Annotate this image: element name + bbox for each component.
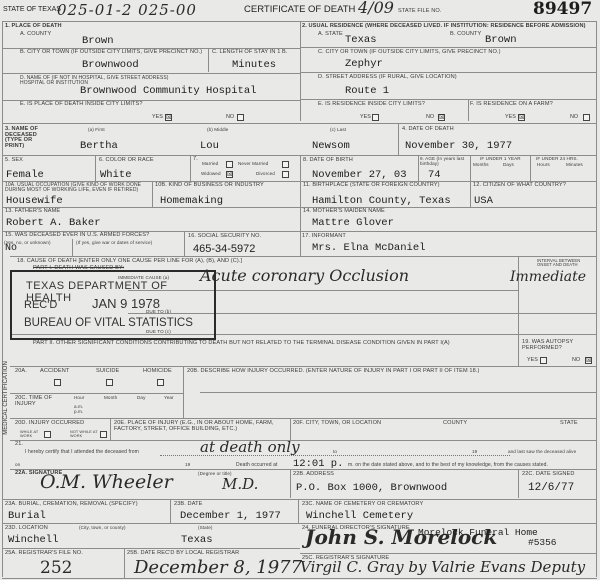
side-label-text: MEDICAL CERTIFICATION bbox=[3, 343, 9, 453]
describe-injury-label: 20b. DESCRIBE HOW INJURY OCCURRED. (Ente… bbox=[187, 369, 479, 375]
occupation: Housewife bbox=[6, 196, 63, 207]
burial-location: Winchell bbox=[8, 535, 58, 546]
accident-checkbox[interactable] bbox=[54, 379, 61, 386]
suicide-checkbox[interactable] bbox=[106, 379, 113, 386]
death-occurred-label: Death occurred at bbox=[236, 463, 277, 468]
cemetery: Winchell Cemetery bbox=[306, 511, 413, 522]
part2-label: PART II. OTHER SIGNIFICANT CONDITIONS CO… bbox=[33, 341, 450, 347]
registrar-file-no: 252 bbox=[40, 560, 72, 577]
immediate-cause: Acute coronary Occlusion bbox=[200, 268, 409, 284]
rule bbox=[2, 207, 596, 208]
registrar-date: December 8, 1977 bbox=[134, 559, 302, 577]
cemetery-label: 23c. NAME OF CEMETERY OR CREMATORY bbox=[302, 502, 423, 508]
state-file-no: 89497 bbox=[533, 1, 592, 18]
rule bbox=[470, 181, 471, 207]
rule bbox=[298, 499, 299, 523]
res-street-label: d. STREET ADDRESS (If rural, give locati… bbox=[318, 75, 457, 81]
residence-label: 2. USUAL RESIDENCE (Where deceased lived… bbox=[302, 24, 586, 30]
burial-date: December 1, 1977 bbox=[180, 511, 281, 522]
rule bbox=[72, 239, 73, 256]
res-city: Zephyr bbox=[345, 59, 383, 70]
certificate-title: CERTIFICATE OF DEATH bbox=[244, 4, 355, 15]
rule bbox=[530, 155, 531, 181]
registrar-file-label: 25a. REGISTRAR'S FILE NO. bbox=[5, 551, 83, 557]
rule bbox=[124, 548, 125, 578]
last-name: Newsom bbox=[312, 141, 350, 152]
nineteen-label-2: 19 bbox=[185, 463, 190, 468]
married-label: Married bbox=[202, 162, 218, 167]
no-label: NO bbox=[426, 115, 434, 120]
address-label: 22b. ADDRESS bbox=[293, 472, 334, 478]
business-label: 10b. KIND OF BUSINESS OR INDUSTRY bbox=[155, 183, 264, 189]
rule bbox=[183, 366, 184, 418]
rule bbox=[518, 469, 519, 498]
rule bbox=[300, 181, 301, 207]
county-label: a. COUNTY bbox=[20, 32, 51, 38]
certifier-num: 21. bbox=[15, 442, 23, 448]
farm-yes-checkbox[interactable]: ☒ bbox=[518, 114, 525, 121]
rule bbox=[190, 155, 191, 181]
autopsy-yes-checkbox[interactable] bbox=[540, 357, 547, 364]
while-at-work-checkbox[interactable] bbox=[44, 431, 51, 438]
res-inside-city-yes-checkbox[interactable] bbox=[372, 114, 379, 121]
attended-from: at death only bbox=[200, 440, 300, 455]
rule bbox=[518, 334, 519, 366]
rule bbox=[200, 392, 596, 393]
burial-state: Texas bbox=[181, 535, 213, 546]
age: 74 bbox=[428, 170, 441, 181]
inside-city-label: e. IS PLACE OF DEATH INSIDE CITY LIMITS? bbox=[20, 102, 143, 108]
interval-label: INTERVAL BETWEEN ONSET AND DEATH bbox=[537, 259, 587, 267]
rule bbox=[10, 469, 596, 470]
while-at-work-label: WHILE AT WORK bbox=[20, 431, 42, 439]
rule bbox=[470, 155, 471, 181]
burial-method-label: 23a. BURIAL, CREMATION, REMOVAL (Specify… bbox=[5, 502, 138, 508]
certify-text: I hereby certify that I attended the dec… bbox=[25, 450, 139, 455]
name-label: 3. NAME OF DECEASED (Type or print) bbox=[5, 127, 45, 149]
armed-forces-value: No bbox=[5, 244, 17, 254]
minutes-label: Minutes bbox=[566, 163, 583, 168]
rule bbox=[290, 469, 291, 498]
rule bbox=[2, 21, 3, 577]
death-time: 12:01 p. bbox=[293, 459, 343, 470]
date-signed: 12/6/77 bbox=[528, 483, 574, 494]
sex: Female bbox=[6, 170, 44, 181]
citizen: USA bbox=[474, 196, 493, 207]
injury-state-label: STATE bbox=[560, 421, 578, 427]
rule bbox=[10, 418, 596, 419]
rule bbox=[398, 123, 399, 155]
degree-value: M.D. bbox=[222, 477, 258, 492]
birthplace: Hamilton County, Texas bbox=[312, 196, 451, 207]
no-label: NO bbox=[572, 358, 580, 363]
informant: Mrs. Elna McDaniel bbox=[312, 243, 425, 254]
yes-label: YES bbox=[360, 115, 371, 120]
place-of-death-label: 1. PLACE OF DEATH bbox=[5, 24, 62, 30]
informant-label: 17. INFORMANT bbox=[302, 234, 346, 240]
under-24-hrs-label: IF UNDER 24 HRS. bbox=[536, 157, 578, 162]
rule bbox=[290, 418, 291, 440]
rule bbox=[2, 523, 596, 524]
funeral-home-name: Morelock Funeral Home bbox=[418, 528, 538, 538]
mother-label: 14. MOTHER'S MAIDEN NAME bbox=[303, 209, 385, 215]
state-sub-label: (State) bbox=[198, 526, 213, 531]
funeral-home-number: #5356 bbox=[528, 538, 557, 548]
ssn: 465-34-5972 bbox=[193, 244, 255, 255]
res-state-label: a. STATE bbox=[318, 32, 343, 38]
burial-location-label: 23d. LOCATION bbox=[5, 526, 48, 532]
res-street: Route 1 bbox=[345, 86, 389, 97]
res-county: Brown bbox=[485, 35, 517, 46]
last-name-label: (c) Last bbox=[330, 128, 346, 133]
married-checkbox[interactable] bbox=[226, 161, 233, 168]
hour-label: Hour bbox=[74, 396, 84, 401]
rule bbox=[2, 73, 300, 74]
hospital-name: Brownwood Community Hospital bbox=[80, 86, 256, 97]
rule bbox=[300, 553, 596, 554]
days-label: Days bbox=[503, 163, 514, 168]
farm-label: f. IS RESIDENCE ON A FARM? bbox=[470, 102, 553, 108]
state-file-label: STATE FILE NO. bbox=[398, 9, 441, 15]
inside-city-yes-checkbox[interactable]: ☒ bbox=[165, 114, 172, 121]
not-while-at-work-label: NOT WHILE AT WORK bbox=[70, 431, 98, 439]
never-married-label: Never Married bbox=[238, 162, 268, 167]
cause-label: 18. CAUSE OF DEATH [Enter only one cause… bbox=[17, 259, 242, 265]
never-married-checkbox[interactable] bbox=[282, 161, 289, 168]
rule bbox=[10, 256, 596, 257]
occupation-label: 10a. USUAL OCCUPATION (Give kind of work… bbox=[5, 183, 150, 193]
injury-occurred-label: 20d. INJURY OCCURRED bbox=[15, 421, 84, 427]
physician-signature: O.M. Wheeler bbox=[40, 473, 173, 492]
rule bbox=[10, 366, 596, 367]
father-name: Robert A. Baker bbox=[6, 218, 101, 229]
rule bbox=[2, 548, 300, 549]
time-of-injury-label: 20c. TIME OF INJURY bbox=[15, 396, 65, 407]
stamp-line3: BUREAU OF VITAL STATISTICS bbox=[24, 317, 193, 329]
date-signed-label: 22c. DATE SIGNED bbox=[522, 472, 574, 478]
yes-label: YES bbox=[505, 115, 516, 120]
rule bbox=[596, 21, 597, 577]
rule bbox=[184, 231, 185, 256]
under-1-year-label: IF UNDER 1 YEAR bbox=[480, 157, 521, 162]
widowed-checkbox[interactable]: ☒ bbox=[226, 171, 233, 178]
death-certificate: STATE OF TEXAS 025-01-2 025-00 CERTIFICA… bbox=[0, 0, 600, 580]
burial-method: Burial bbox=[8, 511, 46, 522]
death-city: Brownwood bbox=[82, 60, 139, 71]
certifier-address: P.O. Box 1000, Brownwood bbox=[296, 483, 447, 494]
rule bbox=[300, 47, 596, 48]
rule bbox=[152, 181, 153, 207]
res-state: Texas bbox=[345, 35, 377, 46]
stamp-received: REC'D bbox=[24, 299, 57, 311]
location-sub-label: (City, town, or county) bbox=[79, 526, 126, 531]
on-label: on bbox=[15, 463, 20, 468]
stay-label: c. LENGTH OF STAY in 1 b. bbox=[212, 50, 297, 56]
accident-label: ACCIDENT bbox=[40, 369, 69, 375]
widowed-label: Widowed bbox=[201, 172, 221, 177]
middle-name-label: (b) Middle bbox=[207, 128, 228, 133]
divorced-label: Divorced bbox=[256, 172, 275, 177]
city-label: b. CITY OR TOWN (If outside city limits,… bbox=[20, 50, 202, 56]
race: White bbox=[100, 170, 132, 181]
birthplace-label: 11. BIRTHPLACE (State or foreign country… bbox=[303, 183, 440, 189]
rule bbox=[2, 499, 596, 500]
dob-label: 8. DATE OF BIRTH bbox=[303, 158, 353, 164]
suicide-label: SUICIDE bbox=[96, 369, 119, 375]
father-label: 13. FATHER'S NAME bbox=[5, 209, 60, 215]
res-inside-city-label: e. IS RESIDENCE INSIDE CITY LIMITS? bbox=[318, 102, 425, 108]
race-label: 6. COLOR OR RACE bbox=[99, 158, 154, 164]
rule bbox=[300, 21, 301, 121]
marital-label: 7. bbox=[193, 157, 198, 163]
last-saw-label: and last saw the deceased alive bbox=[508, 450, 576, 455]
first-name-label: (a) First bbox=[88, 128, 105, 133]
homicide-checkbox[interactable] bbox=[157, 379, 164, 386]
res-city-label: c. CITY OR TOWN (If outside city limits,… bbox=[318, 50, 501, 56]
interval-value: Immediate bbox=[510, 270, 586, 284]
ampm-label: a.m. p.m. bbox=[74, 405, 86, 414]
day-label: Day bbox=[137, 396, 145, 401]
nineteen-label: 19 bbox=[472, 450, 477, 455]
armed-sub2-label: (If yes, give war or dates of service) bbox=[76, 241, 152, 246]
rule bbox=[300, 155, 301, 181]
autopsy-no-checkbox[interactable]: ☒ bbox=[585, 357, 592, 364]
death-time-suffix: m. on the date stated above, and to the … bbox=[348, 463, 548, 468]
middle-name: Lou bbox=[200, 141, 219, 152]
registrar-date-label: 25b. DATE REC'D BY LOCAL REGISTRAR bbox=[127, 551, 239, 557]
rule bbox=[418, 155, 419, 181]
rule bbox=[300, 207, 301, 231]
rule bbox=[208, 48, 209, 72]
rule bbox=[95, 155, 96, 181]
injury-county-label: COUNTY bbox=[443, 421, 467, 427]
not-while-at-work-checkbox[interactable] bbox=[100, 431, 107, 438]
date-of-birth: November 27, 03 bbox=[312, 170, 407, 181]
homicide-label: HOMICIDE bbox=[143, 369, 172, 375]
hours-label: Hours bbox=[537, 163, 550, 168]
date-of-death-label: 4. DATE OF DEATH bbox=[402, 127, 454, 133]
rule bbox=[300, 72, 596, 73]
rule bbox=[110, 418, 111, 440]
rule bbox=[300, 99, 596, 100]
handwritten-codes: 025-01-2 025-00 bbox=[57, 3, 197, 18]
registrar-signature: Virgil C. Gray by Valrie Evans Deputy bbox=[300, 560, 585, 575]
armed-forces-label: 15. WAS DECEASED EVER IN U.S. ARMED FORC… bbox=[5, 233, 149, 239]
first-name: Bertha bbox=[80, 141, 118, 152]
month-label: Month bbox=[104, 396, 117, 401]
no-label: NO bbox=[226, 115, 234, 120]
res-inside-city-no-checkbox[interactable]: ☒ bbox=[438, 114, 445, 121]
ssn-label: 16. SOCIAL SECURITY NO. bbox=[188, 234, 261, 240]
rule bbox=[518, 256, 519, 334]
age-label: 9. AGE (In years last birthday) bbox=[420, 157, 470, 166]
rule bbox=[2, 578, 597, 579]
stay-value: Minutes bbox=[232, 60, 276, 71]
year-label: Year bbox=[164, 396, 174, 401]
injury-location-label: 20f. CITY, TOWN, OR LOCATION bbox=[293, 421, 381, 427]
months-label: Months bbox=[473, 163, 489, 168]
mother-maiden-name: Mattre Glover bbox=[312, 218, 394, 229]
rule bbox=[170, 499, 171, 523]
date-of-death: November 30, 1977 bbox=[405, 141, 512, 152]
farm-no-checkbox[interactable] bbox=[583, 114, 590, 121]
place-of-injury-label: 20e. PLACE OF INJURY (e.g., in or about … bbox=[114, 421, 289, 432]
sex-label: 5. SEX bbox=[5, 158, 23, 164]
rule bbox=[10, 393, 183, 394]
injury-type-label: 20a. bbox=[15, 369, 27, 375]
res-county-label: b. COUNTY bbox=[450, 32, 481, 38]
state-label: STATE OF TEXAS bbox=[3, 6, 61, 13]
to-label: to bbox=[333, 450, 337, 455]
inside-city-no-checkbox[interactable] bbox=[237, 114, 244, 121]
received-stamp: TEXAS DEPARTMENT OF HEALTH REC'D JAN 9 1… bbox=[10, 270, 216, 340]
business: Homemaking bbox=[160, 196, 223, 207]
stamp-date: JAN 9 1978 bbox=[92, 296, 160, 311]
death-county: Brown bbox=[82, 36, 114, 47]
rule bbox=[468, 99, 469, 121]
rule bbox=[300, 231, 301, 256]
medical-certification-side-label: MEDICAL CERTIFICATION bbox=[1, 340, 11, 460]
yes-label: YES bbox=[527, 358, 538, 363]
handwritten-date: 4/09 bbox=[358, 0, 394, 16]
rule bbox=[2, 123, 596, 124]
citizen-label: 12. CITIZEN OF WHAT COUNTRY? bbox=[473, 183, 566, 189]
no-label: NO bbox=[570, 115, 578, 120]
burial-date-label: 23b. DATE bbox=[174, 502, 202, 508]
autopsy-label: 19. WAS AUTOPSY PERFORMED? bbox=[522, 340, 594, 351]
yes-label: YES bbox=[152, 115, 163, 120]
divorced-checkbox[interactable] bbox=[282, 171, 289, 178]
rule bbox=[10, 440, 596, 441]
